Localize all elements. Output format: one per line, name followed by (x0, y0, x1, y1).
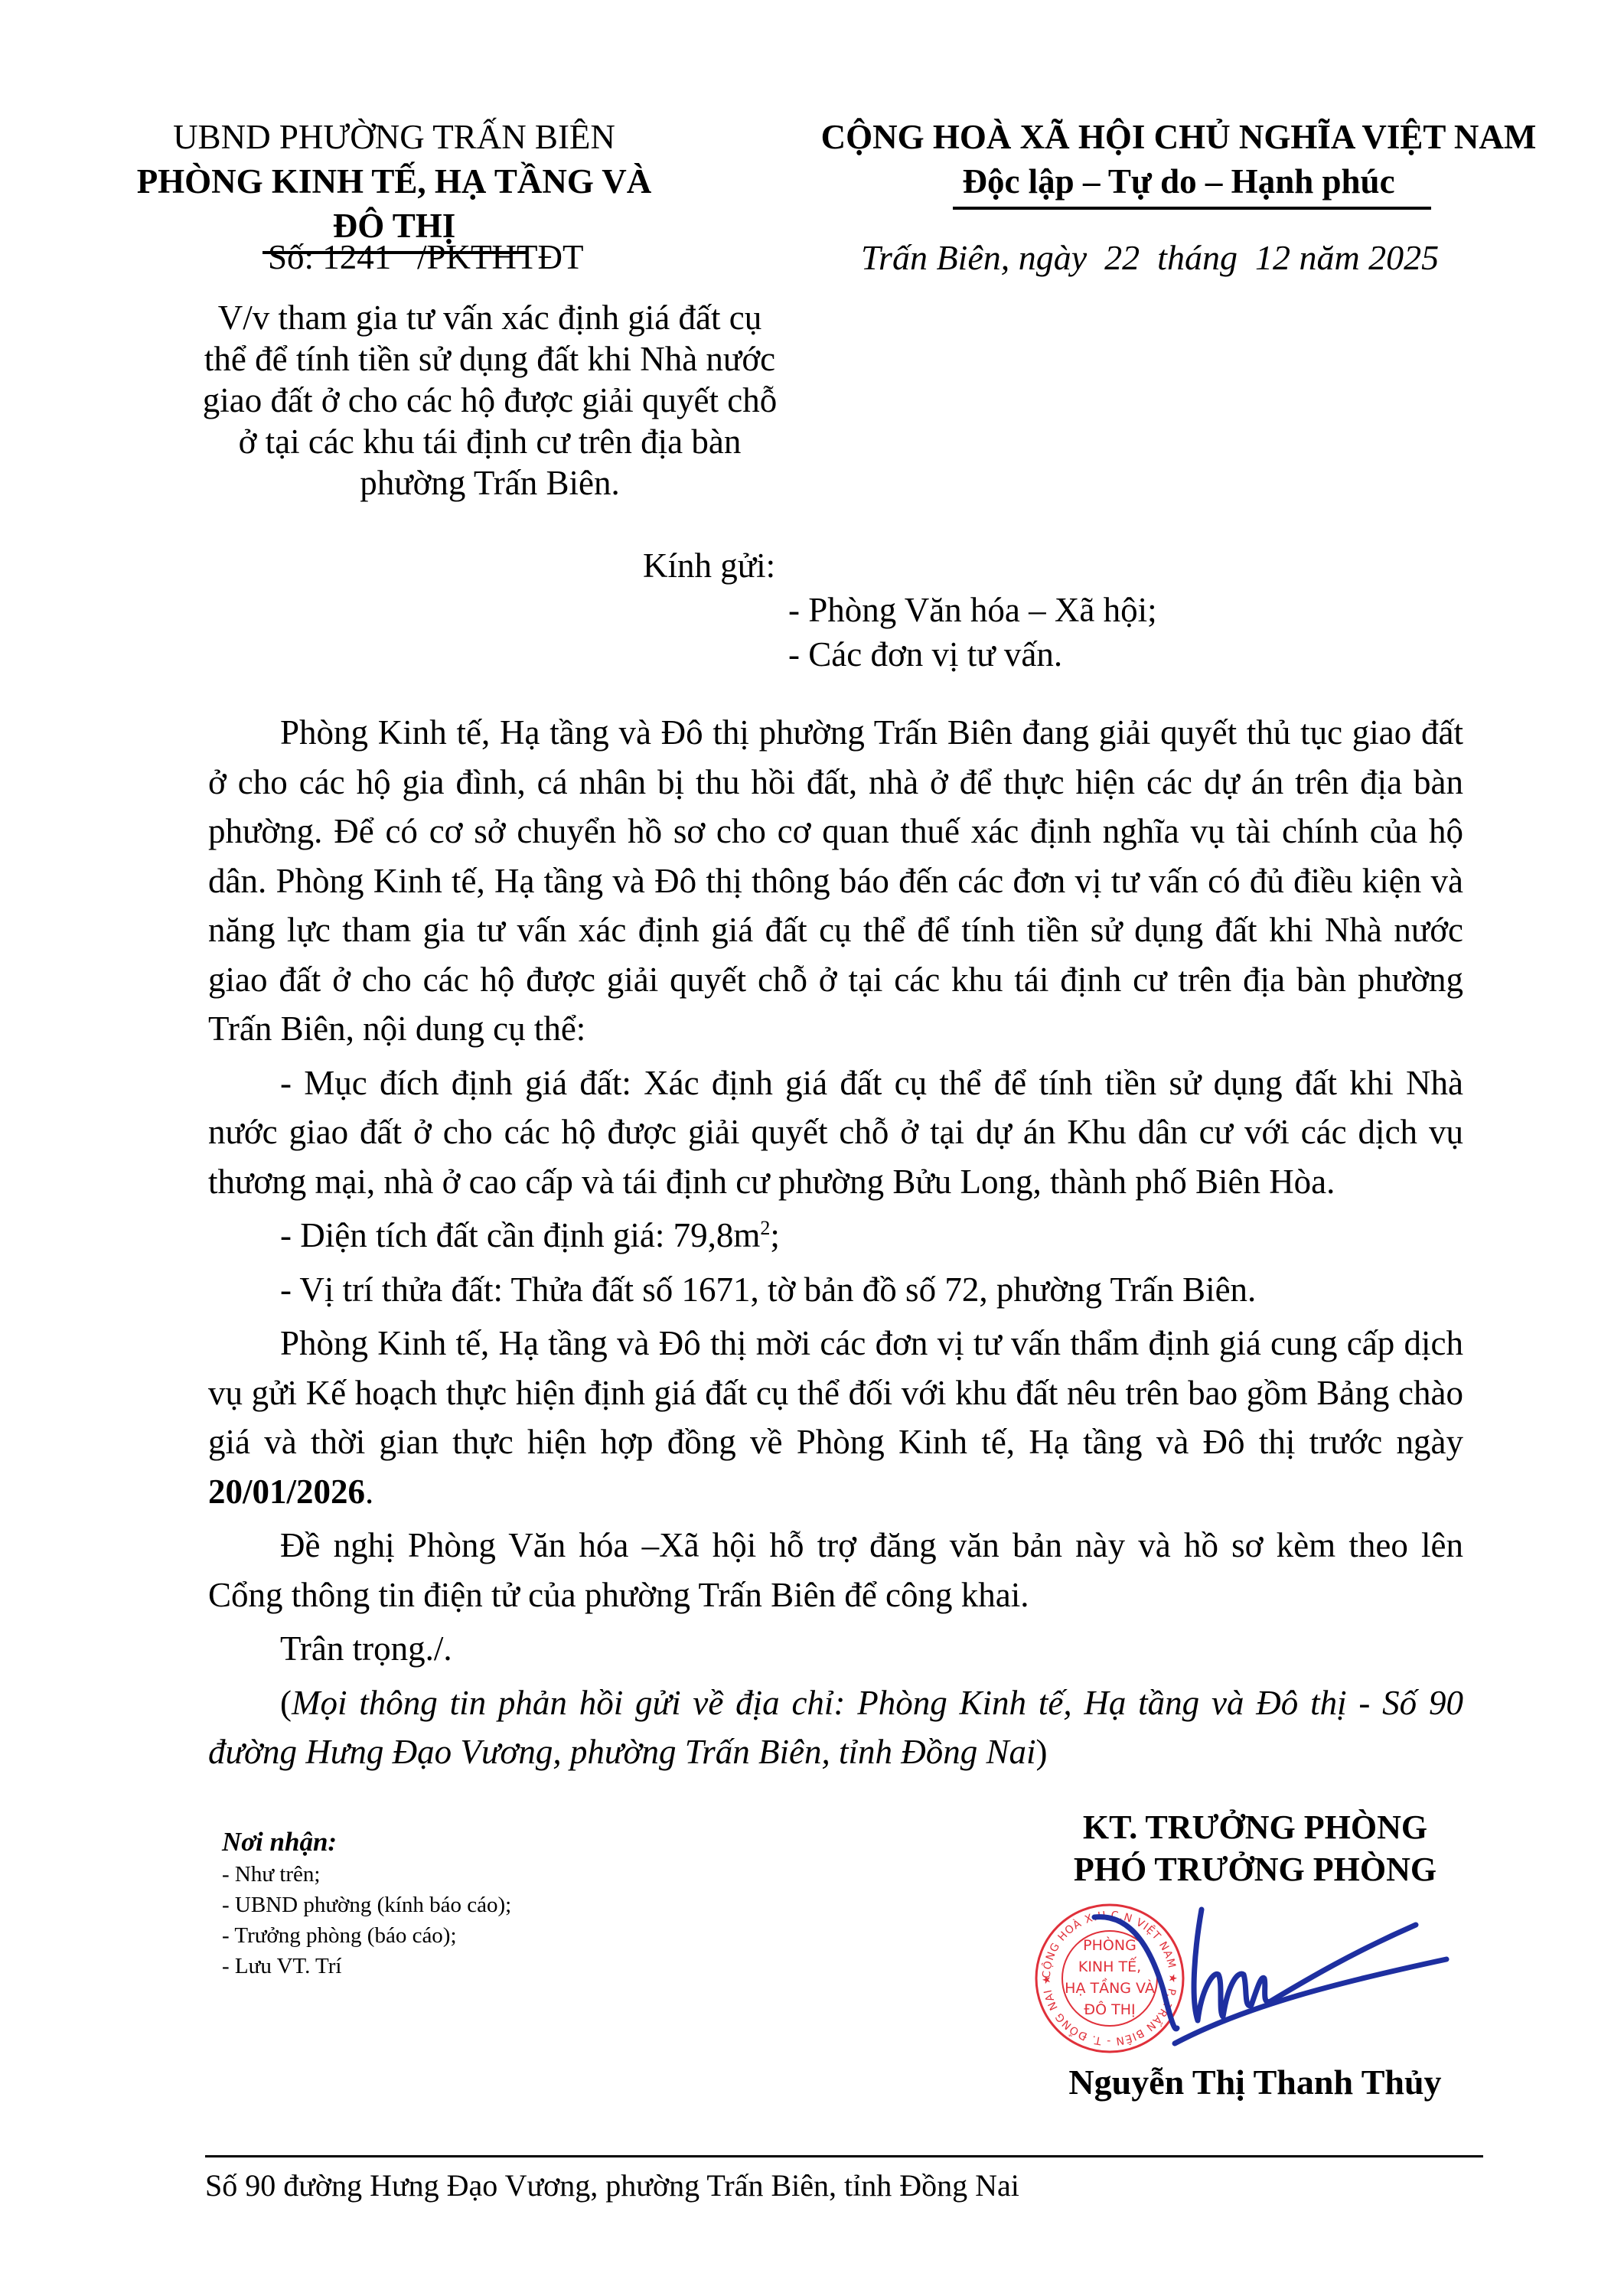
land-area: - Diện tích đất cần định giá: 79,8m2; (208, 1211, 1463, 1261)
svg-text:KINH TẾ,: KINH TẾ, (1078, 1956, 1141, 1975)
signature-block: KT. TRƯỞNG PHÒNG PHÓ TRƯỞNG PHÒNG CỘNG H… (1018, 1806, 1492, 2102)
official-seal-icon: CỘNG HOÀ X.H.C.N VIỆT NAM ★ P. TRẤN BIÊN… (1018, 1898, 1492, 2059)
submission-deadline: 20/01/2026 (208, 1473, 365, 1511)
intro-paragraph: Phòng Kinh tế, Hạ tầng và Đô thị phường … (208, 708, 1463, 1054)
distribution-item: - Trưởng phòng (báo cáo); (222, 1920, 758, 1951)
invitation-paragraph: Phòng Kinh tế, Hạ tầng và Đô thị mời các… (208, 1319, 1463, 1516)
nation-title: CỘNG HOÀ XÃ HỘI CHỦ NGHĨA VIỆT NAM (788, 115, 1569, 159)
document-number: Số: 1241 /PKTHTĐT (268, 237, 584, 277)
authority-name: UBND PHƯỜNG TRẤN BIÊN (107, 115, 681, 159)
footer-divider (205, 2155, 1483, 2157)
department-name: PHÒNG KINH TẾ, HẠ TẦNG VÀ ĐÔ THỊ (107, 159, 681, 248)
distribution-item: - Lưu VT. Trí (222, 1951, 758, 1981)
recipient-item: - Các đơn vị tư vấn. (643, 632, 1157, 677)
valuation-purpose: - Mục đích định giá đất: Xác định giá đấ… (208, 1058, 1463, 1207)
land-location: - Vị trí thửa đất: Thửa đất số 1671, tờ … (208, 1265, 1463, 1315)
national-header-block: CỘNG HOÀ XÃ HỘI CHỦ NGHĨA VIỆT NAM Độc l… (788, 115, 1569, 210)
signer-role-primary: KT. TRƯỞNG PHÒNG (1018, 1806, 1492, 1848)
signer-role-secondary: PHÓ TRƯỞNG PHÒNG (1018, 1848, 1492, 1890)
distribution-item: - Như trên; (222, 1859, 758, 1890)
svg-text:ĐÔ THỊ: ĐÔ THỊ (1084, 2000, 1135, 2018)
distribution-title: Nơi nhận: (222, 1825, 758, 1859)
closing-salutation: Trân trọng./. (208, 1624, 1463, 1674)
distribution-item: - UBND phường (kính báo cáo); (222, 1890, 758, 1920)
recipient-item: - Phòng Văn hóa – Xã hội; (643, 588, 1157, 632)
motto-underline (953, 207, 1431, 210)
svg-text:PHÒNG: PHÒNG (1083, 1936, 1136, 1954)
distribution-list: Nơi nhận: - Như trên; - UBND phường (kín… (222, 1825, 758, 1981)
svg-text:HẠ TẦNG VÀ: HẠ TẦNG VÀ (1065, 1978, 1155, 1997)
signer-name: Nguyễn Thị Thanh Thủy (1018, 2062, 1492, 2102)
recipients-label: Kính gửi: (643, 543, 1157, 588)
feedback-note: (Mọi thông tin phản hồi gửi về địa chỉ: … (208, 1678, 1463, 1777)
publication-request: Đề nghị Phòng Văn hóa –Xã hội hỗ trợ đăn… (208, 1521, 1463, 1619)
letter-body: Phòng Kinh tế, Hạ tầng và Đô thị phường … (208, 708, 1463, 1777)
issue-date: Trấn Biên, ngày 22 tháng 12 năm 2025 (861, 237, 1439, 278)
footer-address: Số 90 đường Hưng Đạo Vương, phường Trấn … (205, 2167, 1019, 2203)
subject-line: V/v tham gia tư vấn xác định giá đất cụ … (199, 297, 781, 504)
national-motto: Độc lập – Tự do – Hạnh phúc (788, 159, 1569, 204)
issuing-authority-block: UBND PHƯỜNG TRẤN BIÊN PHÒNG KINH TẾ, HẠ … (107, 115, 681, 254)
recipients-block: Kính gửi: - Phòng Văn hóa – Xã hội; - Cá… (643, 543, 1157, 677)
seal-and-signature: CỘNG HOÀ X.H.C.N VIỆT NAM ★ P. TRẤN BIÊN… (1018, 1898, 1492, 2059)
